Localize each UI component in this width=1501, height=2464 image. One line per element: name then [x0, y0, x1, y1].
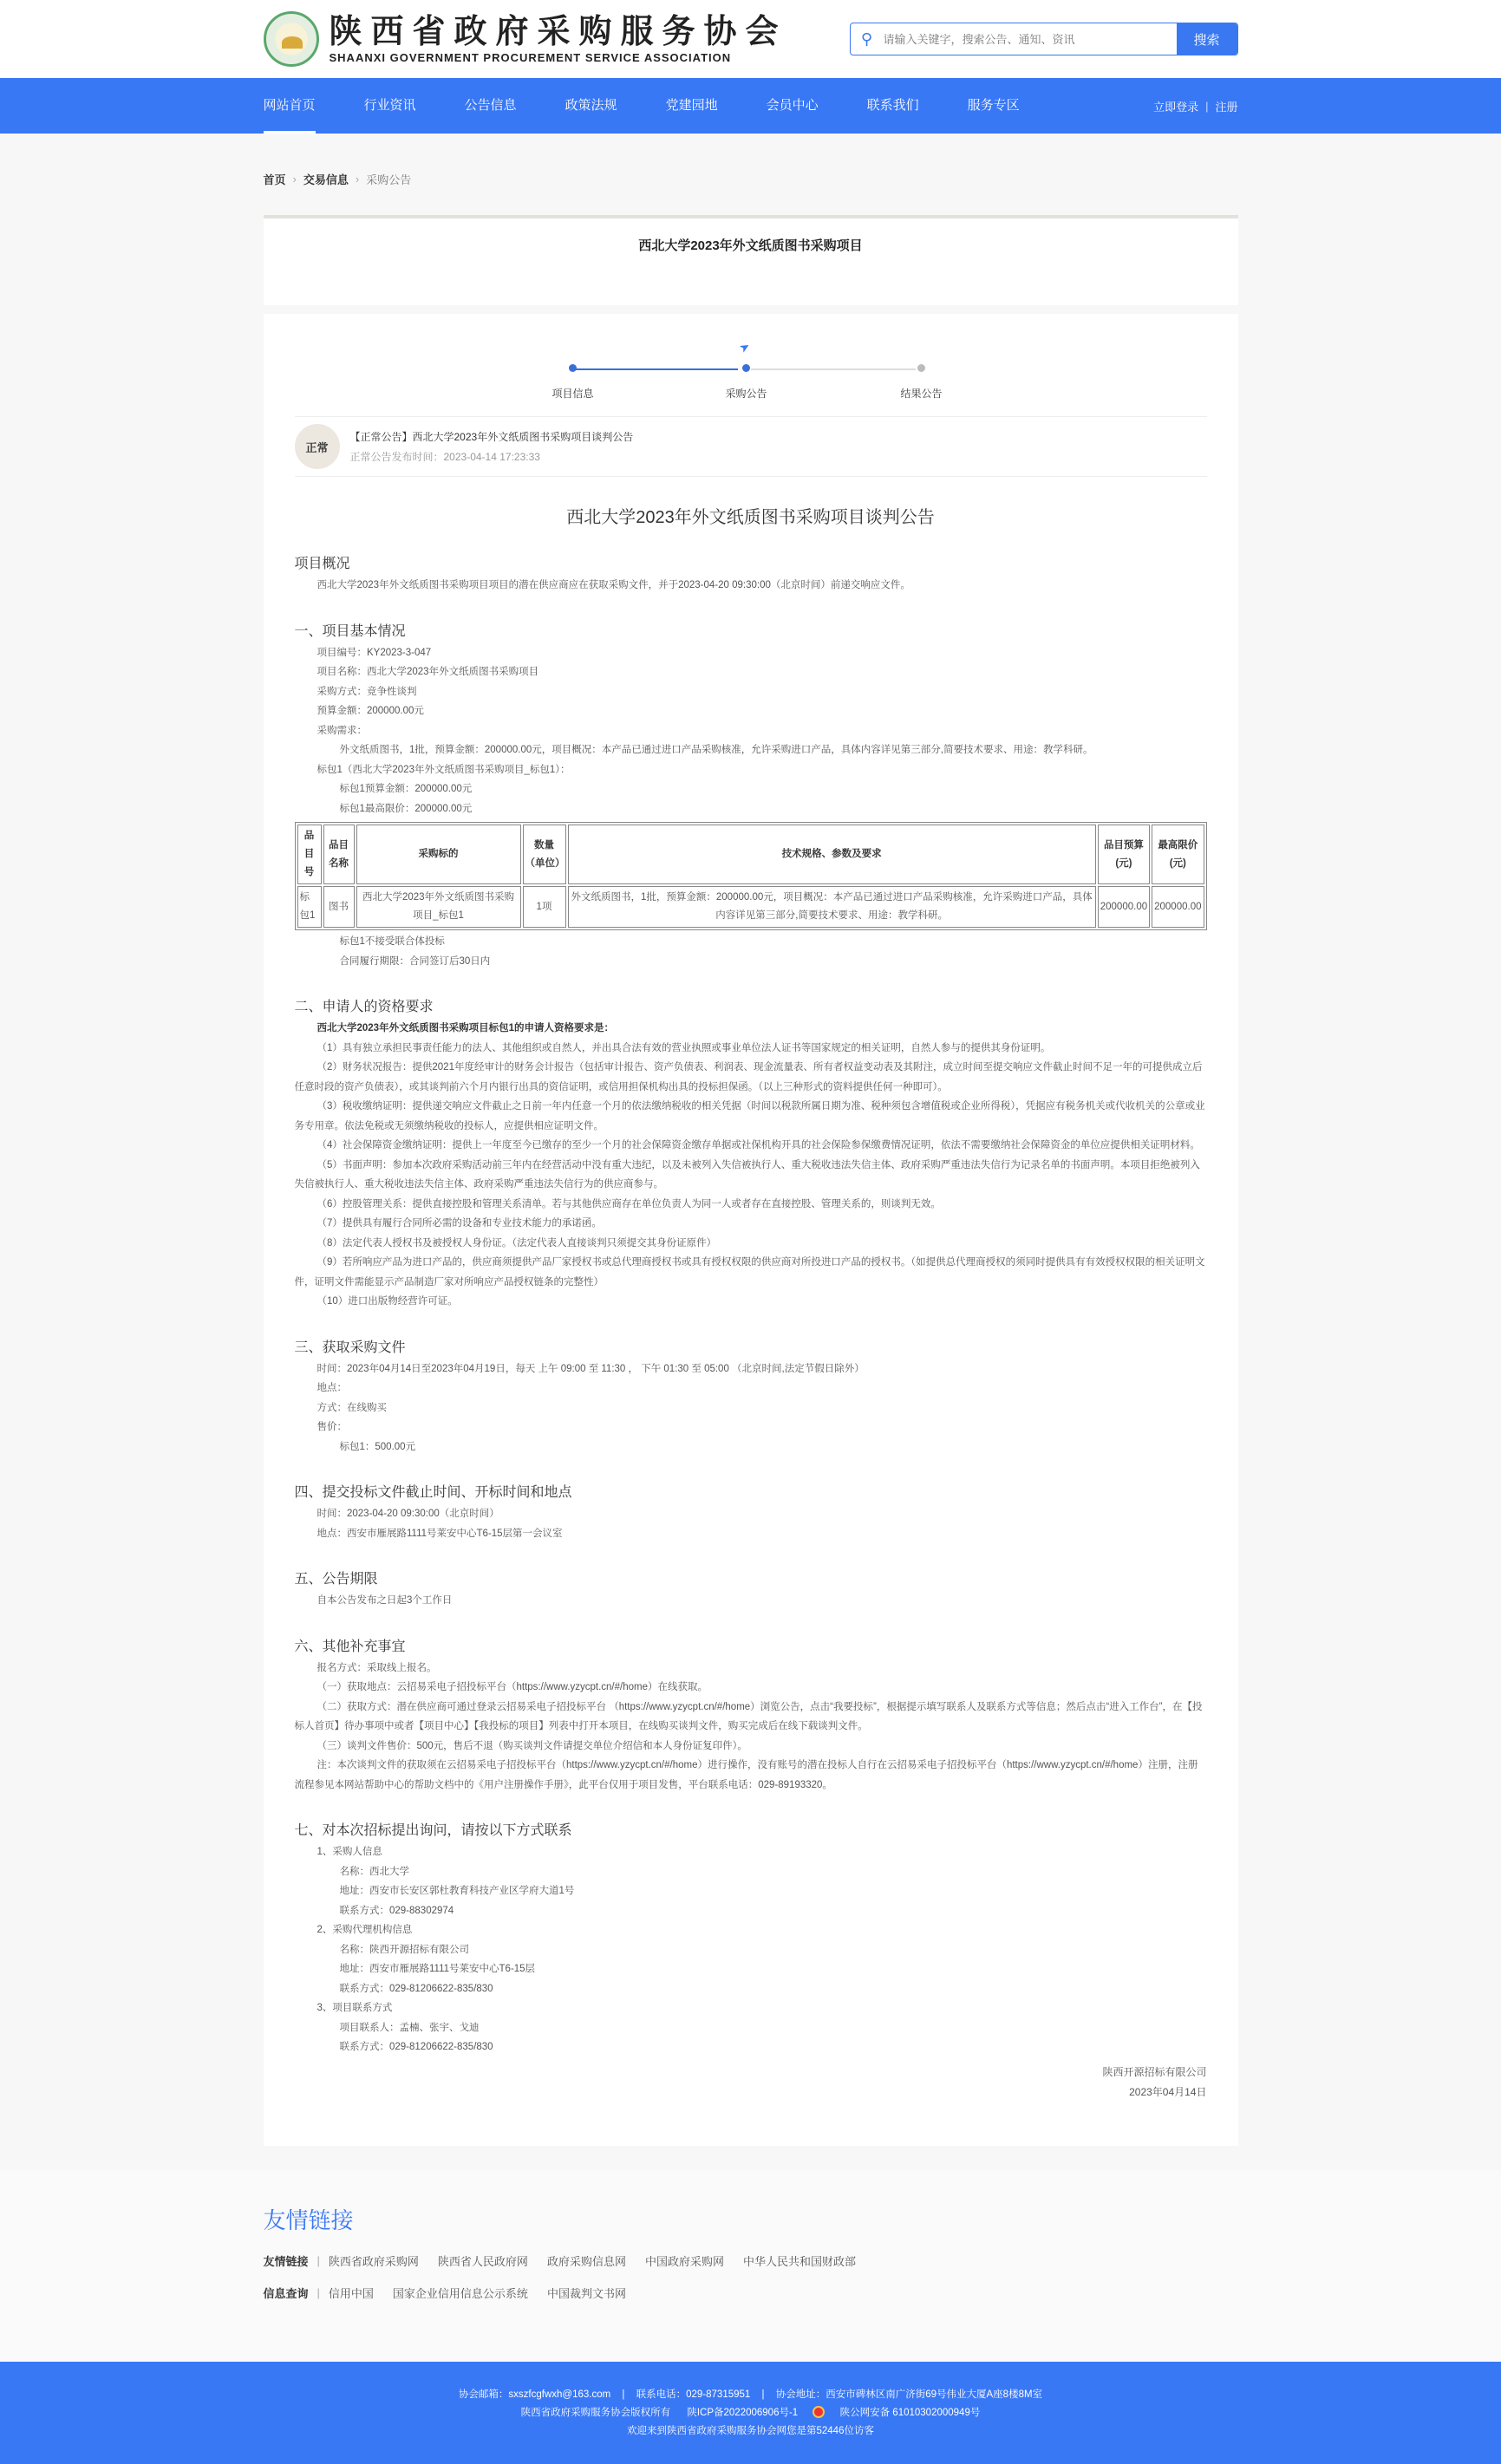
- link-divider: |: [317, 2286, 320, 2299]
- step-label: 采购公告: [703, 386, 790, 401]
- step-project-info[interactable]: 项目信息: [530, 364, 617, 401]
- links-title: 友情链接: [264, 2203, 1238, 2235]
- qualification-item: （9）若所响应产品为进口产品的，供应商须提供产品厂家授权书或总代理商授权书或具有…: [295, 1253, 1207, 1292]
- period-line: 自本公告发布之日起3个工作日: [295, 1591, 1207, 1611]
- acquisition-line: 时间：2023年04月14日至2023年04月19日，每天 上午 09:00 至…: [295, 1359, 1207, 1379]
- table-row: 标包1图书西北大学2023年外文纸质图书采购项目_标包11项外文纸质图书，1批，…: [297, 886, 1204, 928]
- link-divider: |: [317, 2254, 320, 2267]
- contract-period: 合同履行期限：合同签订后30日内: [295, 952, 1207, 972]
- notice-publish-time: 正常公告发布时间：2023-04-14 17:23:33: [350, 449, 634, 464]
- consortium-note: 标包1不接受联合体投标: [295, 932, 1207, 952]
- section-7-heading: 七、对本次招标提出询问，请按以下方式联系: [295, 1819, 1207, 1839]
- nav-item[interactable]: 政策法规: [565, 78, 617, 134]
- footer-divider: |: [762, 2389, 765, 2400]
- overview-heading: 项目概况: [295, 552, 1207, 572]
- footer-copyright: 陕西省政府采购服务协会版权所有: [521, 2408, 671, 2418]
- deadline-line: 时间：2023-04-20 09:30:00（北京时间）: [295, 1504, 1207, 1524]
- contact-line: 名称：西北大学: [295, 1862, 1207, 1882]
- section-2-heading: 二、申请人的资格要求: [295, 995, 1207, 1015]
- register-link[interactable]: 注册: [1215, 98, 1237, 114]
- step-procurement-notice[interactable]: 采购公告: [703, 364, 790, 401]
- qualification-item: （3）税收缴纳证明：提供递交响应文件截止之日前一年内任意一个月的依法缴纳税收的相…: [295, 1097, 1207, 1136]
- contact-group-title: 1、采购人信息: [295, 1842, 1207, 1862]
- table-cell: 200000.00: [1152, 886, 1204, 928]
- package-max-price: 标包1最高限价：200000.00元: [295, 799, 1207, 819]
- footer-address: 协会地址：西安市碑林区南广济街69号伟业大厦A座8楼8M室: [776, 2389, 1042, 2400]
- qualification-item: （5）书面声明：参加本次政府采购活动前三年内在经营活动中没有重大违纪，以及未被列…: [295, 1156, 1207, 1195]
- police-emblem-icon: [812, 2406, 825, 2418]
- table-header-cell: 品目预算(元): [1098, 825, 1150, 884]
- contact-line: 联系方式：029-81206622-835/830: [295, 2037, 1207, 2057]
- external-link[interactable]: 国家企业信用信息公示系统: [393, 2285, 528, 2301]
- link-row: 信息查询|信用中国国家企业信用信息公示系统中国裁判文书网: [264, 2285, 1238, 2301]
- table-header-cell: 品目号: [297, 825, 322, 884]
- footer-visitors: 欢迎来到陕西省政府采购服务协会网您是第52446位访客: [0, 2422, 1501, 2441]
- overview-text: 西北大学2023年外文纸质图书采购项目项目的潜在供应商应在获取采购文件，并于20…: [295, 576, 1207, 596]
- document-price: 标包1：500.00元: [295, 1437, 1207, 1457]
- step-dot: [742, 364, 750, 372]
- qualification-item: （2）财务状况报告：提供2021年度经审计的财务会计报告（包括审计报告、资产负债…: [295, 1058, 1207, 1097]
- footer-police-record[interactable]: 陕公网安备 61010302000949号: [840, 2408, 981, 2418]
- external-link[interactable]: 中国政府采购网: [645, 2252, 724, 2269]
- document-title: 西北大学2023年外文纸质图书采购项目谈判公告: [295, 503, 1207, 528]
- table-cell: 外文纸质图书，1批，预算金额：200000.00元，项目概况：本产品已通过进口产…: [568, 886, 1096, 928]
- breadcrumb-current: 采购公告: [366, 171, 411, 187]
- breadcrumb-home[interactable]: 首页: [264, 171, 286, 187]
- table-header-cell: 最高限价(元): [1152, 825, 1204, 884]
- site-header: 陕西省政府采购服务协会 SHAANXI GOVERNMENT PROCUREME…: [0, 0, 1501, 78]
- package-label: 标包1（西北大学2023年外文纸质图书采购项目_标包1）：: [295, 760, 1207, 780]
- table-cell: 1项: [523, 886, 566, 928]
- signature: 陕西开源招标有限公司 2023年04月14日: [295, 2063, 1207, 2102]
- deadline-line: 地点：西安市雁展路1111号莱安中心T6-15层第一会议室: [295, 1524, 1207, 1544]
- section-6-heading: 六、其他补充事宜: [295, 1635, 1207, 1655]
- external-link[interactable]: 陕西省人民政府网: [438, 2252, 528, 2269]
- sign-company: 陕西开源招标有限公司: [295, 2063, 1207, 2083]
- project-info-line: 项目编号：KY2023-3-047: [295, 643, 1207, 663]
- supplementary-line: （二）获取方式：潜在供应商可通过登录云招易采电子招投标平台 （https://w…: [295, 1698, 1207, 1737]
- search-button[interactable]: 搜索: [1177, 23, 1237, 55]
- project-info-line: 预算金额：200000.00元: [295, 701, 1207, 721]
- logo-chinese-name: 陕西省政府采购服务协会: [330, 13, 787, 51]
- table-cell: 标包1: [297, 886, 322, 928]
- association-emblem-icon: [264, 11, 319, 67]
- section-4-heading: 四、提交投标文件截止时间、开标时间和地点: [295, 1481, 1207, 1501]
- step-dot: [569, 364, 577, 372]
- login-link[interactable]: 立即登录: [1153, 98, 1198, 114]
- section-3-heading: 三、获取采购文件: [295, 1336, 1207, 1356]
- search-box: ⚲ 搜索: [850, 23, 1238, 55]
- external-link[interactable]: 陕西省政府采购网: [329, 2252, 419, 2269]
- nav-items: 网站首页行业资讯公告信息政策法规党建园地会员中心联系我们服务专区: [264, 78, 1068, 134]
- breadcrumb-trade-info[interactable]: 交易信息: [303, 171, 349, 187]
- contact-group-title: 2、采购代理机构信息: [295, 1920, 1207, 1940]
- nav-item[interactable]: 联系我们: [867, 78, 919, 134]
- table-cell: 图书: [323, 886, 355, 928]
- project-title: 西北大学2023年外文纸质图书采购项目: [638, 238, 862, 253]
- search-input[interactable]: [884, 23, 1177, 55]
- contact-line: 名称：陕西开源招标有限公司: [295, 1940, 1207, 1960]
- breadcrumb: 首页 › 交易信息 › 采购公告: [264, 134, 1238, 215]
- contact-line: 联系方式：029-81206622-835/830: [295, 1979, 1207, 1999]
- project-title-card: 西北大学2023年外文纸质图书采购项目: [264, 215, 1238, 305]
- footer-divider: |: [622, 2389, 624, 2400]
- project-info-line: 项目名称：西北大学2023年外文纸质图书采购项目: [295, 662, 1207, 682]
- acquisition-line: 地点：: [295, 1379, 1207, 1398]
- contact-line: 地址：西安市长安区郭杜教育科技产业区学府大道1号: [295, 1881, 1207, 1901]
- table-header-cell: 技术规格、参数及要求: [568, 825, 1096, 884]
- supplementary-line: 注：本次谈判文件的获取须在云招易采电子招投标平台（https://www.yzy…: [295, 1756, 1207, 1795]
- friendly-links-section: 友情链接 友情链接|陕西省政府采购网陕西省人民政府网政府采购信息网中国政府采购网…: [0, 2170, 1501, 2362]
- nav-item[interactable]: 网站首页: [264, 78, 316, 134]
- link-row-label: 信息查询: [264, 2285, 309, 2301]
- status-badge: 正常: [295, 424, 340, 469]
- supplementary-line: （三）谈判文件售价：500元，售后不退（购买谈判文件请提交单位介绍信和本人身份证…: [295, 1737, 1207, 1757]
- qualification-item: （10）进口出版物经营许可证。: [295, 1292, 1207, 1312]
- footer-email: 协会邮箱：sxszfcgfwxh@163.com: [459, 2389, 610, 2400]
- site-logo[interactable]: 陕西省政府采购服务协会 SHAANXI GOVERNMENT PROCUREME…: [264, 11, 787, 67]
- procurement-demand: 外文纸质图书，1批，预算金额：200000.00元，项目概况：本产品已通过进口产…: [295, 740, 1207, 760]
- search-icon: ⚲: [851, 30, 884, 49]
- qualification-item: （4）社会保障资金缴纳证明：提供上一年度至今已缴存的至少一个月的社会保障资金缴存…: [295, 1136, 1207, 1156]
- main-nav: 网站首页行业资讯公告信息政策法规党建园地会员中心联系我们服务专区 立即登录 | …: [0, 78, 1501, 134]
- notice-summary: 正常 【正常公告】西北大学2023年外文纸质图书采购项目谈判公告 正常公告发布时…: [295, 416, 1207, 477]
- table-header-cell: 采购标的: [356, 825, 521, 884]
- footer-icp[interactable]: 陕ICP备2022006906号-1: [687, 2408, 798, 2418]
- nav-item[interactable]: 党建园地: [666, 78, 718, 134]
- table-header-cell: 品目名称: [323, 825, 355, 884]
- qualification-item: （6）控股管理关系：提供直接控股和管理关系清单。若与其他供应商存在单位负责人为同…: [295, 1195, 1207, 1215]
- external-link[interactable]: 信用中国: [329, 2285, 374, 2301]
- announcement-card: ➤ 项目信息 采购公告 结果公告 正常 【正常公告】西北大学2023年外文纸质图…: [264, 314, 1238, 2146]
- sign-date: 2023年04月14日: [295, 2083, 1207, 2102]
- chevron-right-icon: ›: [356, 173, 359, 186]
- site-footer: 协会邮箱：sxszfcgfwxh@163.com | 联系电话：029-8731…: [0, 2362, 1501, 2464]
- supplementary-line: 报名方式：采取线上报名。: [295, 1659, 1207, 1679]
- notice-title: 【正常公告】西北大学2023年外文纸质图书采购项目谈判公告: [350, 429, 634, 444]
- qualification-intro: 西北大学2023年外文纸质图书采购项目标包1的申请人资格要求是：: [295, 1019, 1207, 1039]
- table-cell: 200000.00: [1098, 886, 1150, 928]
- nav-item[interactable]: 行业资讯: [364, 78, 416, 134]
- chevron-right-icon: ›: [293, 173, 297, 186]
- supplementary-line: （一）获取地点：云招易采电子招投标平台（https://www.yzycpt.c…: [295, 1678, 1207, 1698]
- items-table: 品目号品目名称采购标的数量（单位）技术规格、参数及要求品目预算(元)最高限价(元…: [295, 822, 1207, 930]
- step-result-notice[interactable]: 结果公告: [878, 364, 965, 401]
- link-row: 友情链接|陕西省政府采购网陕西省人民政府网政府采购信息网中国政府采购网中华人民共…: [264, 2252, 1238, 2269]
- package-budget: 标包1预算金额：200000.00元: [295, 779, 1207, 799]
- section-5-heading: 五、公告期限: [295, 1568, 1207, 1587]
- progress-steps: ➤ 项目信息 采购公告 结果公告: [565, 328, 937, 401]
- qualification-item: （1）具有独立承担民事责任能力的法人、其他组织或自然人，并出具合法有效的营业执照…: [295, 1039, 1207, 1059]
- contact-line: 地址：西安市雁展路1111号莱安中心T6-15层: [295, 1959, 1207, 1979]
- external-link[interactable]: 中华人民共和国财政部: [743, 2252, 856, 2269]
- footer-phone: 联系电话：029-87315951: [636, 2389, 751, 2400]
- step-label: 项目信息: [530, 386, 617, 401]
- contact-group-title: 3、项目联系方式: [295, 1998, 1207, 2018]
- nav-item[interactable]: 服务专区: [968, 78, 1020, 134]
- external-link[interactable]: 中国裁判文书网: [547, 2285, 626, 2301]
- step-dot: [917, 364, 925, 372]
- project-info-line: 采购需求：: [295, 721, 1207, 741]
- qualification-item: （8）法定代表人授权书及被授权人身份证。（法定代表人直接谈判只须提交其身份证原件…: [295, 1234, 1207, 1254]
- acquisition-line: 售价：: [295, 1418, 1207, 1437]
- section-1-heading: 一、项目基本情况: [295, 620, 1207, 640]
- nav-item[interactable]: 公告信息: [465, 78, 517, 134]
- project-info-line: 采购方式：竞争性谈判: [295, 682, 1207, 702]
- auth-links: 立即登录 | 注册: [1153, 98, 1237, 114]
- nav-item[interactable]: 会员中心: [767, 78, 819, 134]
- table-header-cell: 数量（单位）: [523, 825, 566, 884]
- table-cell: 西北大学2023年外文纸质图书采购项目_标包1: [356, 886, 521, 928]
- step-label: 结果公告: [878, 386, 965, 401]
- link-row-label: 友情链接: [264, 2252, 309, 2269]
- paper-plane-icon: ➤: [736, 338, 753, 356]
- logo-english-name: SHAANXI GOVERNMENT PROCUREMENT SERVICE A…: [330, 51, 787, 65]
- acquisition-line: 方式：在线购买: [295, 1398, 1207, 1418]
- external-link[interactable]: 政府采购信息网: [547, 2252, 626, 2269]
- auth-divider: |: [1205, 100, 1208, 113]
- contact-line: 联系方式：029-88302974: [295, 1901, 1207, 1921]
- contact-line: 项目联系人：孟楠、张宇、戈迪: [295, 2018, 1207, 2038]
- qualification-item: （7）提供具有履行合同所必需的设备和专业技术能力的承诺函。: [295, 1214, 1207, 1234]
